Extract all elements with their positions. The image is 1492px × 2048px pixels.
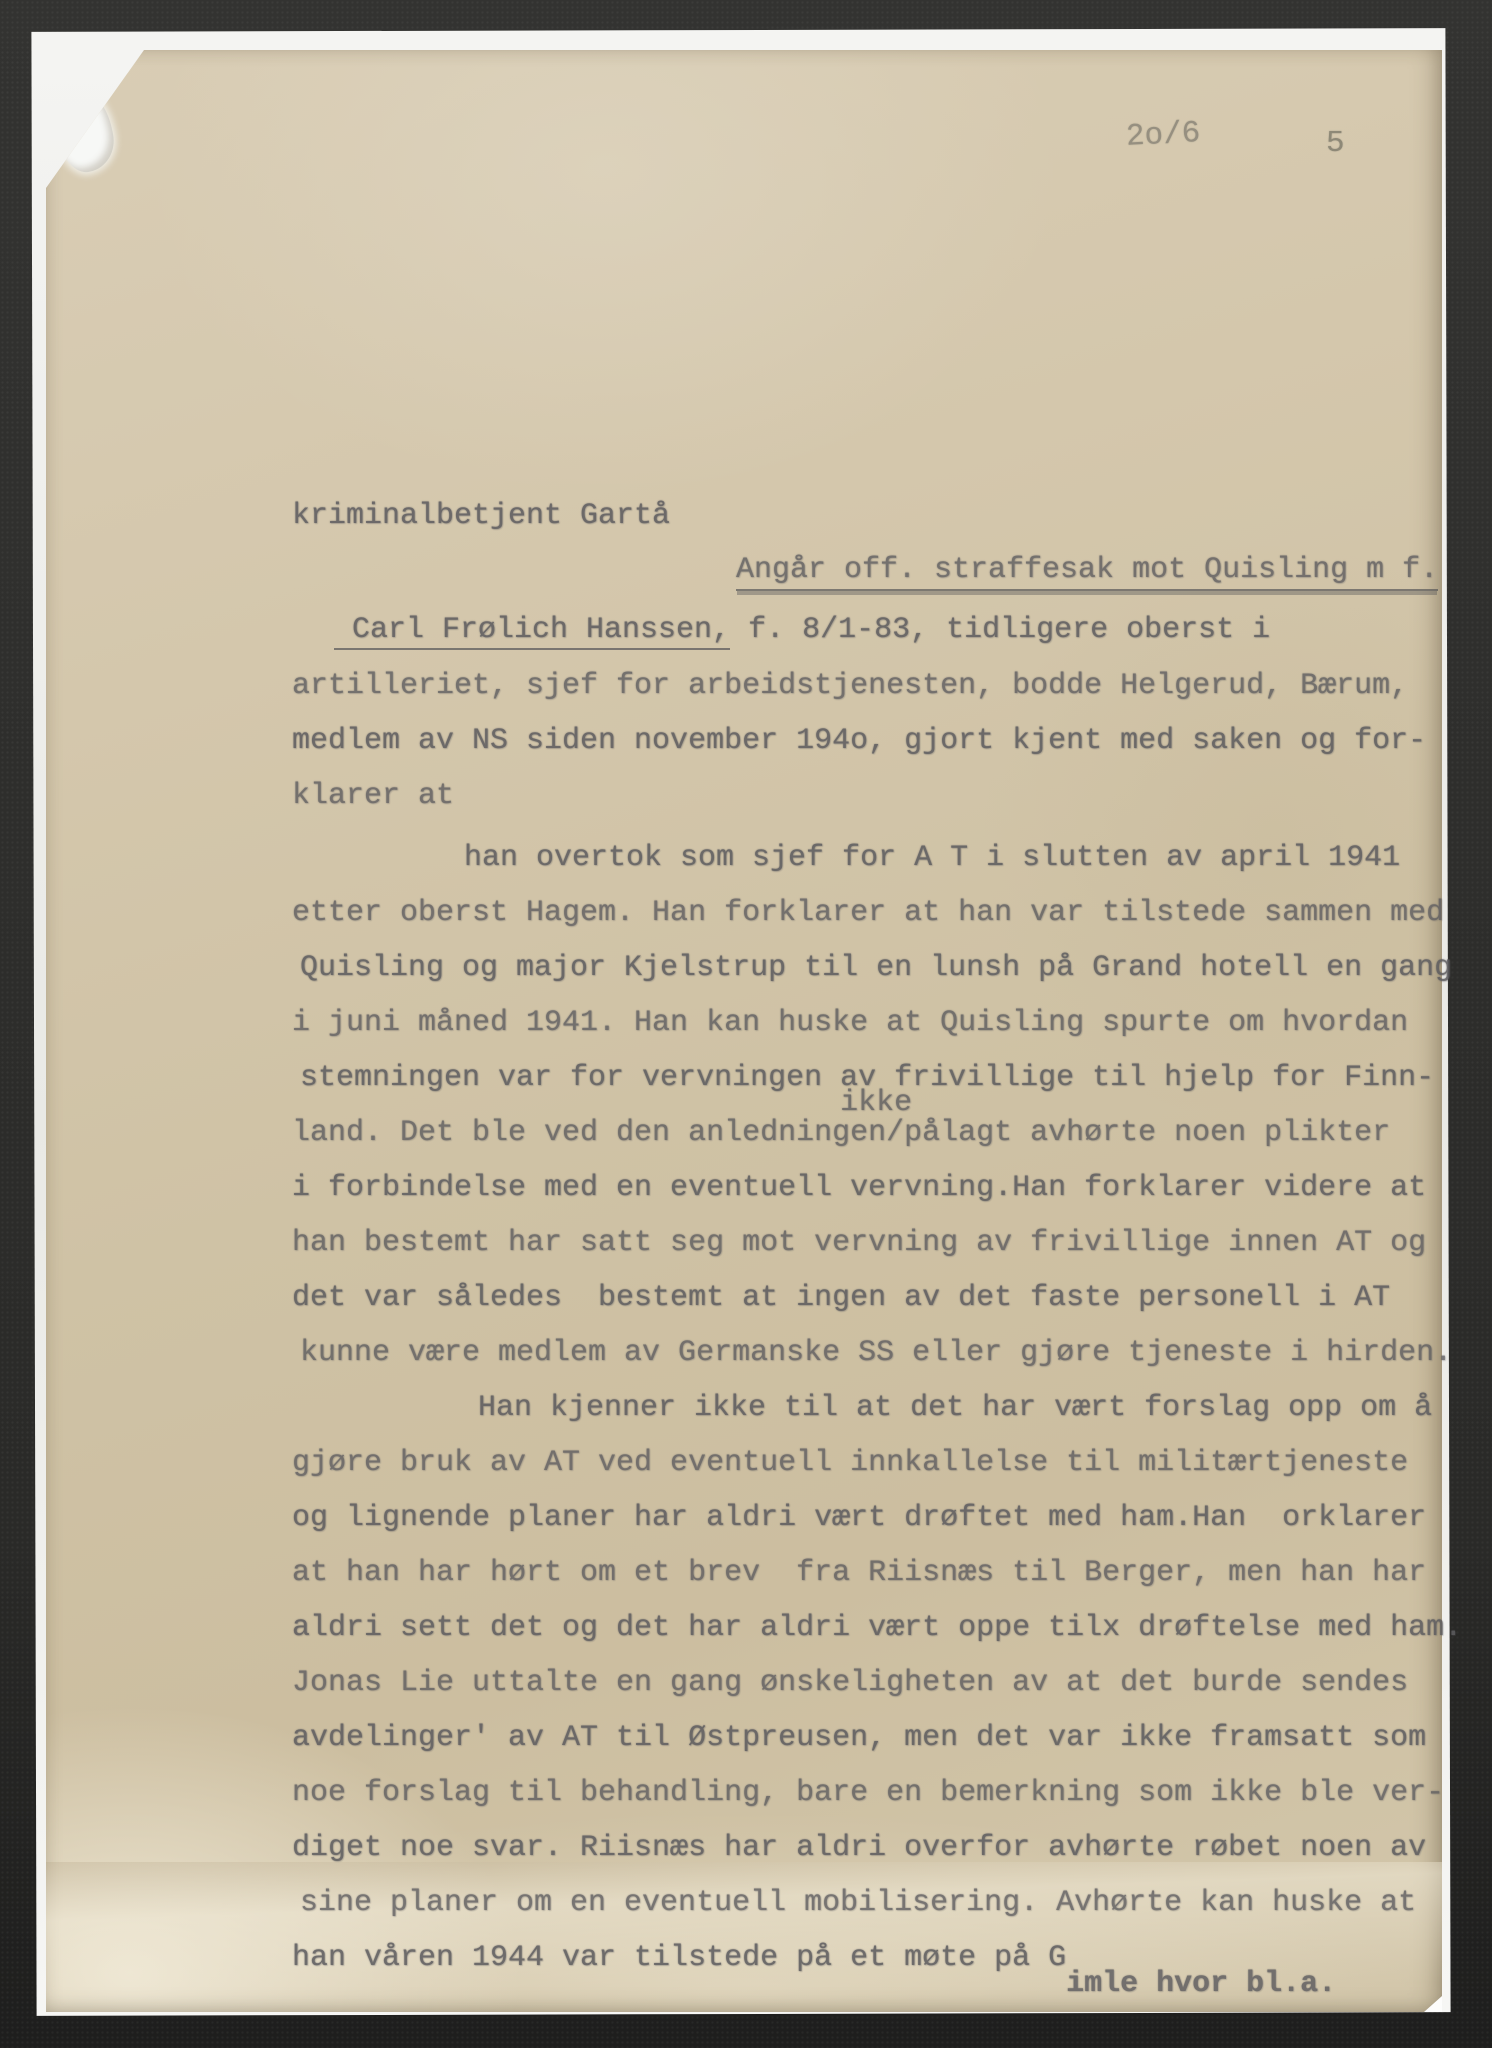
text-segment: han bestemt har satt seg mot vervning av…: [292, 1226, 1426, 1260]
text-line: kriminalbetjent Gartå: [292, 496, 670, 536]
text-line: klarer at: [292, 776, 454, 816]
typewritten-text: 2o/6 5 kriminalbetjent GartåAngår off. s…: [0, 0, 1492, 2048]
text-segment: medlem av NS siden november 194o, gjort …: [292, 724, 1426, 758]
text-segment: f. 8/1-83, tidligere oberst i: [730, 613, 1270, 647]
text-segment: diget noe svar. Riisnæs har aldri overfo…: [292, 1831, 1426, 1865]
text-line: avdelinger' av AT til Østpreusen, men de…: [292, 1718, 1426, 1758]
text-line: Carl Frølich Hanssen, f. 8/1-83, tidlige…: [334, 610, 1270, 650]
text-line: han bestemt har satt seg mot vervning av…: [292, 1223, 1426, 1263]
text-line: han våren 1944 var tilstede på et møte p…: [292, 1938, 1336, 1978]
text-line: i forbindelse med en eventuell vervning.…: [292, 1168, 1426, 1208]
text-line: og lignende planer har aldri vært drøfte…: [292, 1498, 1426, 1538]
text-line: aldri sett det og det har aldri vært opp…: [292, 1608, 1462, 1648]
text-line: diget noe svar. Riisnæs har aldri overfo…: [292, 1828, 1426, 1868]
text-segment: han våren 1944 var tilstede på et møte p…: [292, 1941, 1066, 1975]
text-segment: det var således bestemt at ingen av det …: [292, 1281, 1390, 1315]
text-segment: Carl Frølich Hanssen,: [334, 613, 730, 650]
text-segment: etter oberst Hagem. Han forklarer at han…: [292, 896, 1444, 930]
pencil-date-note: 2o/6: [1125, 116, 1201, 155]
text-line: det var således bestemt at ingen av det …: [292, 1278, 1390, 1318]
text-line: sine planer om en eventuell mobilisering…: [300, 1883, 1416, 1923]
text-segment: aldri sett det og det har aldri vært opp…: [292, 1611, 1462, 1645]
text-line: i juni måned 1941. Han kan huske at Quis…: [292, 1003, 1408, 1043]
text-line: Quisling og major Kjelstrup til en lunsh…: [300, 948, 1452, 988]
text-line: gjøre bruk av AT ved eventuell innkallel…: [292, 1443, 1408, 1483]
text-segment: sine planer om en eventuell mobilisering…: [300, 1886, 1416, 1920]
text-line: kunne være medlem av Germanske SS eller …: [300, 1333, 1452, 1373]
text-line: han overtok som sjef for A T i slutten a…: [464, 838, 1400, 878]
text-segment: Quisling og major Kjelstrup til en lunsh…: [300, 951, 1452, 985]
text-segment: klarer at: [292, 779, 454, 813]
page-number: 5: [1326, 126, 1345, 161]
text-segment: /pålagt avhørte noen plikter: [886, 1116, 1390, 1150]
text-segment: gjøre bruk av AT ved eventuell innkallel…: [292, 1446, 1408, 1480]
text-line: Jonas Lie uttalte en gang ønskeligheten …: [292, 1663, 1408, 1703]
text-segment: Jonas Lie uttalte en gang ønskeligheten …: [292, 1666, 1408, 1700]
text-segment: i forbindelse med en eventuell vervning.…: [292, 1171, 1426, 1205]
text-line: artilleriet, sjef for arbeidstjenesten, …: [292, 666, 1408, 706]
text-line: land. Det ble ved den anledningenikke/på…: [292, 1113, 1390, 1153]
text-segment: kriminalbetjent Gartå: [292, 499, 670, 533]
text-segment: at han har hørt om et brev fra Riisnæs t…: [292, 1556, 1426, 1590]
text-line: at han har hørt om et brev fra Riisnæs t…: [292, 1553, 1426, 1593]
text-segment: avdelinger' av AT til Østpreusen, men de…: [292, 1721, 1426, 1755]
text-segment: i juni måned 1941. Han kan huske at Quis…: [292, 1006, 1408, 1040]
text-segment: noe forslag til behandling, bare en beme…: [292, 1776, 1444, 1810]
text-line: etter oberst Hagem. Han forklarer at han…: [292, 893, 1444, 933]
text-line: Han kjenner ikke til at det har vært for…: [478, 1388, 1432, 1428]
text-segment: artilleriet, sjef for arbeidstjenesten, …: [292, 669, 1408, 703]
text-segment: kunne være medlem av Germanske SS eller …: [300, 1336, 1452, 1370]
text-line: medlem av NS siden november 194o, gjort …: [292, 721, 1426, 761]
text-segment: Angår off. straffesak mot Quisling m f.: [736, 553, 1438, 591]
text-line: noe forslag til behandling, bare en beme…: [292, 1773, 1444, 1813]
text-segment: han overtok som sjef for A T i slutten a…: [464, 841, 1400, 875]
text-segment: land. Det ble ved den anledningen: [292, 1116, 886, 1150]
text-segment: imle hvor bl.a.: [1066, 1964, 1336, 2004]
text-line: Angår off. straffesak mot Quisling m f.: [736, 550, 1438, 590]
text-segment: Han kjenner ikke til at det har vært for…: [478, 1391, 1432, 1425]
text-segment: og lignende planer har aldri vært drøfte…: [292, 1501, 1426, 1535]
